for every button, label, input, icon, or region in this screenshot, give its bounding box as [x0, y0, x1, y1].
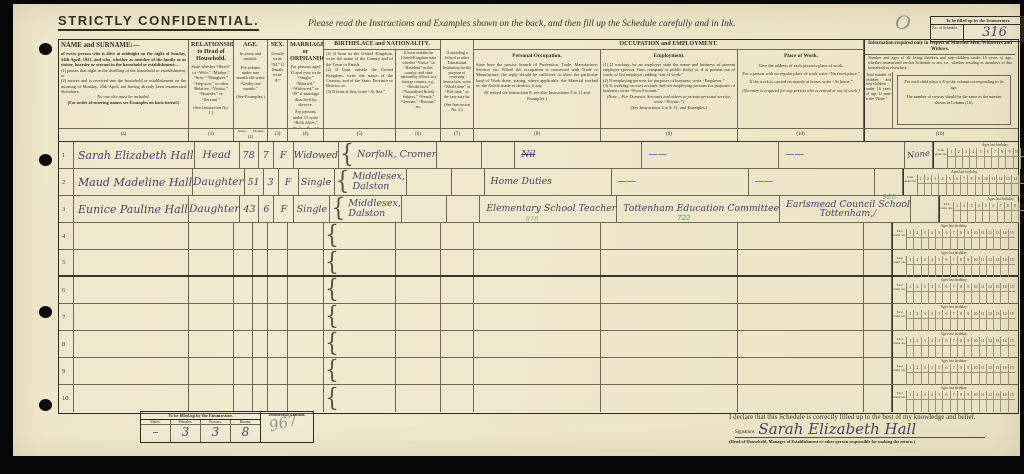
place-of-work-cell — [738, 223, 864, 249]
age-mark-cell — [980, 346, 986, 358]
age-months-cell — [253, 250, 268, 275]
relationship-cell: Daughter — [189, 196, 240, 222]
ages-grid: Total under one 123456789101112131415 — [893, 364, 1015, 385]
age-months-cell — [253, 277, 268, 303]
age-mark-cell — [968, 184, 974, 196]
row-number: 4 — [59, 223, 74, 249]
age-number: 4 — [929, 364, 935, 373]
age-number: 4 — [970, 148, 976, 157]
age-number: 3 — [922, 310, 928, 319]
age-mark-cell — [1001, 400, 1007, 412]
nationality-cell — [396, 277, 441, 303]
age-column: 5 — [936, 391, 943, 412]
age-column: 9 — [965, 310, 972, 331]
age-mark-cell — [997, 184, 1003, 196]
age-column: 14 — [1001, 229, 1008, 250]
age-number: 5 — [947, 175, 953, 184]
age-column: 15 — [1009, 337, 1015, 358]
age-column: 12 — [987, 229, 994, 250]
age-years-cell: 78 — [240, 142, 259, 168]
age-mark-cell — [914, 319, 920, 331]
sex-value: F — [281, 204, 288, 215]
children-total-cell — [864, 358, 892, 384]
age-number: 10 — [983, 175, 989, 184]
age-number: 13 — [1005, 175, 1011, 184]
persons-label: Persons. — [201, 420, 231, 424]
place-of-work-cell: —— — [749, 169, 875, 195]
birthplace-cell: { Middlesex, Dalston — [335, 169, 407, 195]
name-cell — [74, 385, 189, 412]
age-mark-cell — [1001, 346, 1007, 358]
employment-cell — [601, 277, 738, 303]
age-number: 6 — [943, 391, 949, 400]
colnum-edu: (7) — [441, 129, 474, 141]
age-mark-cell — [994, 292, 1000, 304]
age-mark-cell — [994, 238, 1000, 250]
age-number: 8 — [958, 256, 964, 265]
birthplace-cell: { — [324, 331, 396, 357]
age-number: 5 — [936, 310, 942, 319]
age-mark-cell — [932, 184, 938, 196]
punch-hole — [39, 154, 52, 166]
printed-brace: { — [336, 169, 350, 194]
name-value: Maud Madeline Hall — [78, 176, 192, 189]
header-birthplace-nationality: BIRTHPLACE and NATIONALITY. (1) If born … — [324, 40, 441, 128]
age-number: 7 — [951, 337, 957, 346]
colnum-age: Years. Months. (2) — [234, 129, 268, 141]
age-column: 4 — [929, 310, 936, 331]
age-number: 2 — [925, 175, 931, 184]
ages-grid: Total under one 123456789101112131415 — [893, 391, 1015, 412]
header-pow-body: Give the address of each person's place … — [740, 63, 862, 68]
age-column: 8 — [958, 364, 965, 385]
age-number: 3 — [922, 364, 928, 373]
age-column: 8 — [958, 337, 965, 358]
age-mark-cell — [922, 346, 928, 358]
birthplace-line2: Dalston — [353, 182, 405, 192]
age-number: 14 — [1001, 310, 1007, 319]
table-row: 8 { Ages last bir — [59, 331, 1018, 358]
age-years-cell: 51 — [245, 169, 264, 195]
age-mark-cell — [958, 238, 964, 250]
age-number: 3 — [963, 148, 969, 157]
age-mark-cell — [994, 265, 1000, 277]
header-employment: Employment. (1) If working for an employ… — [601, 50, 738, 128]
name-cell: Maud Madeline Hall — [74, 169, 193, 195]
employment-value: —— — [618, 177, 637, 186]
age-mark-cell — [954, 211, 960, 223]
age-mark-cell — [972, 319, 978, 331]
age-mark-cell — [922, 238, 928, 250]
age-months-cell: 6 — [259, 196, 274, 222]
age-column: 7 — [951, 364, 958, 385]
age-mark-cell — [907, 292, 913, 304]
age-column: 6 — [943, 337, 950, 358]
header-employment-title: Employment. — [603, 53, 735, 60]
age-column: 15 — [1009, 391, 1015, 412]
age-mark-cell — [972, 346, 978, 358]
occupation-cell — [474, 358, 601, 384]
age-column: 4 — [976, 202, 983, 223]
occupation-value: Home Duties — [491, 177, 552, 186]
relationship-cell — [189, 358, 234, 384]
row-number: 2 — [59, 169, 74, 195]
name-value: Sarah Elizabeth Hall — [78, 149, 194, 162]
ages-grid: Total under one 123456789101112131415 — [893, 229, 1015, 250]
table-row: 9 { Ages last bir — [59, 358, 1018, 385]
table-row: 10 { Ages last bi — [59, 385, 1018, 412]
marriage-cell: Single — [294, 196, 330, 222]
children-ages-cell: Ages last birthday. Total under one 1234… — [892, 331, 1015, 357]
occupation-value: Nil — [521, 150, 535, 159]
age-number: 8 — [999, 148, 1005, 157]
age-number: 1 — [907, 364, 913, 373]
age-column: 15 — [1009, 283, 1015, 304]
age-column: 2 — [914, 310, 921, 331]
age-years-value: 51 — [247, 177, 259, 188]
age-column: 11 — [980, 364, 987, 385]
header-education-foot: (See Instruction No. 2.) — [443, 103, 471, 113]
age-months-value: 3 — [268, 177, 274, 188]
age-column: 7 — [951, 283, 958, 304]
header-relationship-foot: (See Instruction No. 1.) — [191, 105, 231, 116]
age-column: 4 — [929, 256, 936, 277]
relationship-cell: Daughter — [193, 169, 244, 195]
age-mark-cell — [951, 319, 957, 331]
age-column: 3 — [922, 256, 929, 277]
age-number: 1 — [907, 310, 913, 319]
age-mark-cell — [958, 265, 964, 277]
age-mark-cell — [998, 211, 1004, 223]
age-number: 15 — [1009, 229, 1015, 238]
age-mark-cell — [929, 238, 935, 250]
age-column: 13 — [994, 337, 1001, 358]
age-number: 7 — [992, 148, 998, 157]
age-mark-cell — [987, 400, 993, 412]
age-column: 3 — [922, 364, 929, 385]
age-mark-cell — [1009, 265, 1015, 277]
column-number-row: (a) (1) Years. Months. (2) (3) (4) (5) (… — [59, 129, 1018, 142]
age-months-cell — [253, 358, 268, 384]
age-mark-cell — [929, 319, 935, 331]
age-column: 5 — [977, 148, 984, 169]
age-column: 13 — [994, 391, 1001, 412]
age-column: 1 — [907, 337, 914, 358]
age-mark-cell — [968, 211, 974, 223]
printed-brace: { — [325, 250, 339, 275]
ages-label: Total under one — [904, 175, 918, 196]
children-ages-cell: Ages last birthday. Total under one 1234… — [933, 142, 1024, 168]
age-column: 5 — [947, 175, 954, 196]
age-mark-cell — [980, 319, 986, 331]
place-of-work-cell: 920 Earlsmead Council School Tottenham,∕ — [780, 196, 911, 222]
declaration: I declare that this Schedule is correctl… — [729, 413, 1024, 444]
age-column: 9 — [965, 256, 972, 277]
ages-label-line2: under one — [904, 180, 917, 184]
age-column: 13 — [994, 229, 1001, 250]
age-number: 4 — [929, 310, 935, 319]
header-age-foot: (See Examples.) — [236, 94, 265, 99]
age-column: 5 — [936, 256, 943, 277]
age-column: 10 — [972, 310, 979, 331]
age-column: 4 — [929, 391, 936, 412]
occupation-cell: Nil — [515, 142, 642, 168]
age-column: 1 — [907, 256, 914, 277]
age-mark-cell — [980, 292, 986, 304]
age-column: 2 — [961, 202, 968, 223]
age-number: 8 — [958, 310, 964, 319]
ages-grid-cols: 123456789101112131415 — [907, 310, 1015, 331]
name-cell — [74, 223, 189, 249]
header-pow-body3: If the work is carried on mainly at home… — [740, 79, 862, 84]
age-years-cell — [234, 277, 253, 303]
age-mark-cell — [936, 292, 942, 304]
age-number: 14 — [1001, 337, 1007, 346]
age-column: 13 — [994, 364, 1001, 385]
age-column: 3 — [922, 283, 929, 304]
age-number: 1 — [907, 256, 913, 265]
age-months-cell: 7 — [259, 142, 274, 168]
age-number: 14 — [1001, 391, 1007, 400]
age-mark-cell — [965, 292, 971, 304]
place-of-work-cell — [738, 358, 864, 384]
age-number: 11 — [980, 310, 986, 319]
age-number: 11 — [980, 283, 986, 292]
age-mark-cell — [994, 373, 1000, 385]
age-mark-cell — [914, 292, 920, 304]
ages-label: Total under one — [934, 148, 948, 169]
age-mark-cell — [929, 346, 935, 358]
age-number: 6 — [985, 148, 991, 157]
age-column: 11 — [980, 310, 987, 331]
header-children-none-col: Total number of children and step-childr… — [865, 72, 893, 128]
birthplace-cell: { — [324, 304, 396, 330]
age-column: 4 — [929, 283, 936, 304]
ages-label-line2: under one — [893, 369, 906, 373]
age-number: 9 — [1006, 148, 1012, 157]
ages-grid: Total under one 123456789101112131415 — [893, 283, 1015, 304]
header-age-title: AGE. — [236, 42, 265, 49]
age-column: 2 — [956, 148, 963, 169]
children-box-line1: For each child place a X in the column c… — [902, 79, 1006, 90]
children-ages-cell: Ages last birthday. Total under one 1234… — [892, 277, 1015, 303]
age-column: 10 — [972, 283, 979, 304]
age-mark-cell — [936, 346, 942, 358]
age-column: 9 — [965, 337, 972, 358]
age-column: 9 — [976, 175, 983, 196]
age-column: 1 — [907, 310, 914, 331]
place-of-work-line1: —— — [785, 150, 804, 159]
age-number: 6 — [954, 175, 960, 184]
age-column: 10 — [972, 337, 979, 358]
printed-brace: { — [325, 331, 339, 356]
age-mark-cell — [914, 238, 920, 250]
header-relationship-body: State whether “Head,” or “Wife,” “Mother… — [191, 64, 231, 102]
occupation-cell — [474, 385, 601, 412]
age-column: 10 — [972, 391, 979, 412]
age-column: 10 — [1019, 202, 1024, 223]
children-total-cell — [875, 169, 903, 195]
printed-brace: { — [325, 358, 339, 383]
nationality-cell — [396, 385, 441, 412]
table-row: 5 { Ages last bir — [59, 250, 1018, 277]
name-cell: Eunice Pauline Hall — [74, 196, 189, 222]
sex-cell — [268, 250, 288, 275]
sex-value: F — [280, 150, 287, 161]
age-years-cell: 43 — [240, 196, 259, 222]
header-children-section: Information required only in respect of … — [864, 40, 1015, 128]
age-number: 1 — [918, 175, 924, 184]
age-mark-cell — [918, 184, 924, 196]
age-mark-cell — [994, 346, 1000, 358]
enumerator-box-title: To be filled up by the Enumerator. — [141, 412, 260, 420]
employment-cell — [601, 358, 738, 384]
printed-brace: { — [325, 223, 339, 248]
age-column: 7 — [951, 337, 958, 358]
age-number: 6 — [990, 202, 996, 211]
header-name: NAME and SURNAME:— of every person who i… — [59, 40, 189, 128]
age-number: 2 — [914, 283, 920, 292]
colnum-occ: (8) — [474, 129, 601, 141]
age-number: 9 — [965, 256, 971, 265]
ages-grid: Total under one 123456789101112131415 — [893, 256, 1015, 277]
age-mark-cell — [936, 238, 942, 250]
age-number: 10 — [972, 391, 978, 400]
males-label: Males. — [141, 420, 171, 424]
age-number: 9 — [965, 364, 971, 373]
ages-label-line2: under one — [893, 234, 906, 238]
marriage-cell — [288, 277, 324, 303]
age-mark-cell — [1005, 211, 1011, 223]
age-mark-cell — [999, 157, 1005, 169]
age-column: 1 — [954, 202, 961, 223]
age-column: 2 — [914, 337, 921, 358]
age-mark-cell — [936, 373, 942, 385]
paper-sheet: STRICTLY CONFIDENTIAL. Please read the I… — [13, 4, 1020, 456]
marriage-cell — [288, 304, 324, 330]
relationship-value: Head — [202, 149, 230, 161]
children-total-cell: None — [905, 142, 933, 168]
age-years-value: 78 — [243, 150, 255, 161]
age-number: 3 — [922, 229, 928, 238]
age-mark-cell — [987, 265, 993, 277]
age-mark-cell — [1009, 373, 1015, 385]
age-mark-cell — [1014, 157, 1020, 169]
age-column: 3 — [922, 229, 929, 250]
age-number: 10 — [972, 256, 978, 265]
age-column: 7 — [998, 202, 1005, 223]
age-number: 6 — [943, 229, 949, 238]
age-column: 8 — [968, 175, 975, 196]
age-number: 12 — [987, 391, 993, 400]
row-number: 7 — [59, 304, 74, 330]
age-column: 2 — [925, 175, 932, 196]
sex-value: F — [285, 177, 292, 188]
age-mark-cell — [987, 319, 993, 331]
age-column: 1 — [918, 175, 925, 196]
age-number: 14 — [1001, 229, 1007, 238]
age-number: 8 — [958, 283, 964, 292]
marriage-cell — [288, 358, 324, 384]
nationality-cell — [437, 142, 482, 168]
age-mark-cell — [980, 265, 986, 277]
table-header: NAME and SURNAME:— of every person who i… — [59, 40, 1018, 129]
children-ages-cell: Ages last birthday. Total under one 1234… — [892, 250, 1015, 275]
name-cell — [74, 331, 189, 357]
age-mark-cell — [1009, 238, 1015, 250]
children-total-cell — [864, 250, 892, 275]
nationality-cell — [396, 250, 441, 275]
place-of-work-code: 920 — [883, 194, 896, 201]
header-relationship-title: RELATIONSHIP to Head of Household. — [191, 42, 231, 62]
age-column: 12 — [987, 364, 994, 385]
age-number: 4 — [929, 337, 935, 346]
age-mark-cell — [1006, 157, 1012, 169]
age-number: 3 — [922, 283, 928, 292]
place-of-work-line1: —— — [755, 177, 774, 186]
printed-brace: { — [331, 196, 345, 221]
age-number: 6 — [943, 256, 949, 265]
row-number: 10 — [59, 385, 74, 412]
age-column: 12 — [987, 283, 994, 304]
age-column: 15 — [1009, 364, 1015, 385]
age-column: 8 — [958, 283, 965, 304]
age-mark-cell — [936, 319, 942, 331]
age-number: 9 — [965, 229, 971, 238]
age-number: 11 — [980, 391, 986, 400]
age-number: 2 — [961, 202, 967, 211]
age-number: 9 — [965, 283, 971, 292]
age-number: 13 — [994, 229, 1000, 238]
age-column: 8 — [958, 391, 965, 412]
age-number: 12 — [987, 364, 993, 373]
age-column: 9 — [965, 364, 972, 385]
education-cell — [441, 358, 474, 384]
age-number: 13 — [994, 283, 1000, 292]
age-column: 5 — [936, 310, 943, 331]
header-nationality: If born outside the United Kingdom state… — [396, 50, 441, 128]
children-ages-cell: Ages last birthday. Total under one 1234… — [939, 196, 1024, 222]
age-mark-cell — [965, 265, 971, 277]
age-column: 11 — [980, 256, 987, 277]
age-mark-cell — [951, 292, 957, 304]
age-mark-cell — [943, 400, 949, 412]
age-column: 6 — [943, 310, 950, 331]
ages-grid-cols: 123456789101112131415 — [907, 256, 1015, 277]
age-number: 2 — [956, 148, 962, 157]
age-number: 5 — [936, 337, 942, 346]
age-number: 7 — [951, 391, 957, 400]
age-mark-cell — [907, 238, 913, 250]
age-number: 10 — [972, 337, 978, 346]
age-column: 6 — [943, 283, 950, 304]
age-number: 5 — [936, 229, 942, 238]
age-mark-cell — [958, 373, 964, 385]
table-row: 1 Sarah Elizabeth Hall Head 78 7 F Widow… — [59, 142, 1018, 169]
age-column: 12 — [987, 310, 994, 331]
age-column: 11 — [980, 337, 987, 358]
age-number: 1 — [907, 337, 913, 346]
nationality-cell — [402, 196, 447, 222]
signature-value: Sarah Elizabeth Hall — [758, 422, 916, 437]
age-column: 10 — [972, 229, 979, 250]
age-column: 9 — [1006, 148, 1013, 169]
age-number: 13 — [994, 337, 1000, 346]
birthplace-line2: Dalston — [348, 209, 400, 219]
age-number: 15 — [1009, 310, 1015, 319]
header-pow-body2: For a person with no regular place of wo… — [740, 71, 862, 76]
age-mark-cell — [1001, 265, 1007, 277]
